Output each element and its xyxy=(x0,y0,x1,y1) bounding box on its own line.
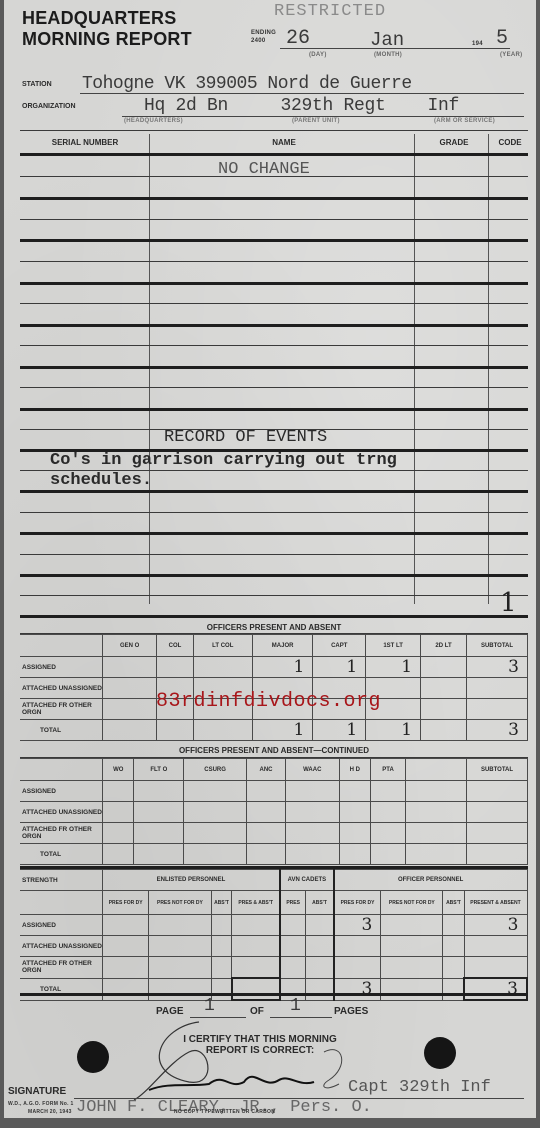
title-line-1: HEADQUARTERS xyxy=(22,8,192,29)
record-of-events-line-1: Co's in garrison carrying out trng xyxy=(50,451,397,470)
cell-boxed: 3 xyxy=(464,978,527,1000)
org-caption-arm: (ARM OR SERVICE) xyxy=(434,118,495,124)
officers-table: GEN O COL LT COL MAJOR CAPT 1ST LT 2D LT… xyxy=(20,634,528,741)
cell: 1 xyxy=(252,720,312,741)
cell xyxy=(103,678,157,699)
morning-report-form: HEADQUARTERS MORNING REPORT RESTRICTED E… xyxy=(4,0,536,1118)
ending-label-1: ENDING xyxy=(251,29,276,37)
cell xyxy=(103,781,134,802)
rule xyxy=(20,366,528,369)
cell: 3 xyxy=(334,915,381,936)
officers-continued-title: OFFICERS PRESENT AND ABSENT—CONTINUED xyxy=(20,746,528,755)
officers-col: 1ST LT xyxy=(366,635,421,657)
year-prefix: 194 xyxy=(472,41,483,47)
cell: 3 xyxy=(464,915,527,936)
officers-continued-col: CSURG xyxy=(184,759,247,781)
signature-label: SIGNATURE xyxy=(8,1086,66,1097)
cell xyxy=(134,823,184,844)
cell-boxed xyxy=(232,978,280,1000)
cell xyxy=(334,957,381,979)
cell xyxy=(211,936,232,957)
rule xyxy=(20,615,528,618)
cell xyxy=(371,802,406,823)
officers-continued-table: WO FLT O CSURG ANC WAAC H D PTA SUBTOTAL… xyxy=(20,758,528,865)
cell xyxy=(232,936,280,957)
strength-col: PRES FOR DY xyxy=(103,891,149,915)
strength-col: ABS'T xyxy=(443,891,464,915)
row-label: ATTACHED FR OTHER ORGN xyxy=(20,699,103,720)
cell xyxy=(103,936,149,957)
cell xyxy=(467,678,528,699)
cell: 1 xyxy=(252,657,312,678)
cell xyxy=(149,915,211,936)
cell xyxy=(371,844,406,865)
cell xyxy=(247,781,286,802)
month-caption: (MONTH) xyxy=(374,52,402,58)
officers-col: LT COL xyxy=(193,635,252,657)
cell xyxy=(406,823,467,844)
cell xyxy=(285,802,339,823)
cell xyxy=(232,957,280,979)
organization-underline xyxy=(122,116,524,117)
year-value: 5 xyxy=(496,27,508,50)
year-caption: (YEAR) xyxy=(500,52,522,58)
row-label: ASSIGNED xyxy=(20,781,103,802)
ending-label: ENDING 2400 xyxy=(251,29,276,45)
cell xyxy=(339,802,370,823)
rule xyxy=(20,153,528,156)
rule xyxy=(20,554,528,555)
cell xyxy=(464,957,527,979)
cell xyxy=(103,957,149,979)
margin-mark: 1 xyxy=(500,588,517,618)
cell xyxy=(193,657,252,678)
rule xyxy=(20,387,528,388)
ending-label-2: 2400 xyxy=(251,37,276,45)
cell xyxy=(157,720,193,741)
cell xyxy=(285,781,339,802)
row-label: ATTACHED FR OTHER ORGN xyxy=(20,957,103,979)
rule xyxy=(20,490,528,493)
rule xyxy=(20,408,528,411)
cell xyxy=(247,823,286,844)
cell xyxy=(467,699,528,720)
station-value: Tohogne VK 399005 Nord de Guerre xyxy=(82,74,412,94)
day-value: 26 xyxy=(286,27,310,50)
cell xyxy=(103,657,157,678)
strength-label: STRENGTH xyxy=(20,870,103,891)
officers-continued-col: H D xyxy=(339,759,370,781)
officers-continued-col: PTA xyxy=(371,759,406,781)
cell xyxy=(406,781,467,802)
cell: 3 xyxy=(467,657,528,678)
officers-continued-col: SUBTOTAL xyxy=(467,759,528,781)
cell xyxy=(339,781,370,802)
month-value: Jan xyxy=(370,29,404,51)
organization-value: Hq 2d Bn 329th Regt Inf xyxy=(144,96,459,116)
cell: 3 xyxy=(334,978,381,1000)
cell xyxy=(443,978,464,1000)
officers-col: SUBTOTAL xyxy=(467,635,528,657)
cell xyxy=(381,936,443,957)
cell xyxy=(149,978,211,1000)
col-serial-number: SERIAL NUMBER xyxy=(30,138,140,147)
title-line-2: MORNING REPORT xyxy=(22,29,192,50)
row-label: ATTACHED UNASSIGNED xyxy=(20,678,103,699)
rule xyxy=(20,239,528,242)
rule xyxy=(20,324,528,327)
cell xyxy=(134,781,184,802)
cell xyxy=(464,936,527,957)
officers-continued-corner xyxy=(20,759,103,781)
row-label: ATTACHED FR OTHER ORGN xyxy=(20,823,103,844)
cell xyxy=(103,978,149,1000)
rule xyxy=(20,130,528,131)
cell xyxy=(467,844,528,865)
row-label: ASSIGNED xyxy=(20,915,103,936)
rule xyxy=(20,282,528,285)
watermark: 83rdinfdivdocs.org xyxy=(156,690,381,713)
strength-col: PRESENT & ABSENT xyxy=(464,891,527,915)
row-label: TOTAL xyxy=(20,720,103,741)
day-caption: (DAY) xyxy=(309,52,327,58)
strength-corner xyxy=(20,891,103,915)
record-of-events-title: RECORD OF EVENTS xyxy=(164,428,327,447)
strength-col: PRES NOT FOR DY xyxy=(149,891,211,915)
strength-group-officer: OFFICER PERSONNEL xyxy=(334,870,527,891)
cell xyxy=(103,915,149,936)
cell xyxy=(157,657,193,678)
strength-group-enlisted: ENLISTED PERSONNEL xyxy=(103,870,280,891)
cell xyxy=(467,823,528,844)
form-note-3: NO COPY TYPEWRITTEN OR CARBON xyxy=(174,1109,275,1115)
org-caption-hq: (HEADQUARTERS) xyxy=(124,118,183,124)
col-name: NAME xyxy=(154,138,414,147)
cell: 1 xyxy=(313,720,366,741)
cell xyxy=(443,936,464,957)
row-label: ASSIGNED xyxy=(20,657,103,678)
officers-col: 2D LT xyxy=(421,635,467,657)
cell xyxy=(467,781,528,802)
rule xyxy=(20,261,528,262)
row-label: TOTAL xyxy=(20,978,103,1000)
cell xyxy=(280,957,306,979)
punch-hole-left xyxy=(77,1041,109,1073)
cell xyxy=(285,844,339,865)
cell xyxy=(134,802,184,823)
signer-title: Capt 329th Inf xyxy=(348,1078,491,1097)
cell xyxy=(339,823,370,844)
cell xyxy=(103,720,157,741)
col-grade: GRADE xyxy=(418,138,490,147)
signature-scribble xyxy=(129,1012,359,1102)
cell xyxy=(184,823,247,844)
cell xyxy=(184,802,247,823)
officers-corner xyxy=(20,635,103,657)
cell xyxy=(134,844,184,865)
cell: 1 xyxy=(313,657,366,678)
cell xyxy=(103,699,157,720)
officers-col: MAJOR xyxy=(252,635,312,657)
rule xyxy=(20,532,528,535)
strength-col: PRES xyxy=(280,891,306,915)
rule xyxy=(20,574,528,577)
cell xyxy=(334,936,381,957)
rule xyxy=(20,345,528,346)
cell xyxy=(184,781,247,802)
officers-title: OFFICERS PRESENT AND ABSENT xyxy=(20,623,528,632)
cell xyxy=(381,915,443,936)
rule xyxy=(20,303,528,304)
officers-continued-col: WAAC xyxy=(285,759,339,781)
cell xyxy=(193,720,252,741)
col-code: CODE xyxy=(490,138,530,147)
station-label: STATION xyxy=(22,81,52,88)
strength-table: STRENGTH ENLISTED PERSONNEL AVN CADETS O… xyxy=(20,869,528,1001)
cell xyxy=(103,844,134,865)
cell: 3 xyxy=(467,720,528,741)
cell xyxy=(371,781,406,802)
cell xyxy=(406,802,467,823)
strength-col: ABS'T xyxy=(306,891,334,915)
officers-continued-col xyxy=(406,759,467,781)
form-title: HEADQUARTERS MORNING REPORT xyxy=(22,8,192,50)
strength-col: PRES & ABS'T xyxy=(232,891,280,915)
cell xyxy=(421,657,467,678)
cell xyxy=(306,915,334,936)
officers-col: GEN O xyxy=(103,635,157,657)
cell xyxy=(211,915,232,936)
rule xyxy=(20,197,528,200)
strength-col: PRES NOT FOR DY xyxy=(381,891,443,915)
org-caption-parent: (PARENT UNIT) xyxy=(292,118,340,124)
cell xyxy=(406,844,467,865)
cell xyxy=(280,936,306,957)
cell xyxy=(371,823,406,844)
cell xyxy=(103,802,134,823)
roster-entry: NO CHANGE xyxy=(218,160,310,179)
form-note-1: W.D., A.G.O. FORM No. 1 xyxy=(8,1101,74,1107)
cell xyxy=(421,720,467,741)
officers-continued-col: ANC xyxy=(247,759,286,781)
cell xyxy=(211,957,232,979)
officers-col: CAPT xyxy=(313,635,366,657)
strength-group-avn-cadets: AVN CADETS xyxy=(280,870,334,891)
officers-continued-col: FLT O xyxy=(134,759,184,781)
cell xyxy=(247,802,286,823)
officers-col: COL xyxy=(157,635,193,657)
cell xyxy=(443,957,464,979)
rule xyxy=(20,595,528,596)
cell xyxy=(467,802,528,823)
cell xyxy=(103,823,134,844)
cell xyxy=(306,978,334,1000)
cell xyxy=(280,915,306,936)
cell xyxy=(381,978,443,1000)
rule xyxy=(20,993,528,996)
strength-col: PRES FOR DY xyxy=(334,891,381,915)
cell xyxy=(339,844,370,865)
cell xyxy=(381,957,443,979)
form-note-2: MARCH 20, 1943 xyxy=(28,1109,72,1115)
cell xyxy=(149,957,211,979)
row-label: ATTACHED UNASSIGNED xyxy=(20,936,103,957)
rule xyxy=(20,512,528,513)
organization-label: ORGANIZATION xyxy=(22,103,76,110)
cell xyxy=(306,957,334,979)
strength-col: ABS'T xyxy=(211,891,232,915)
cell: 1 xyxy=(366,657,421,678)
cell xyxy=(306,936,334,957)
classification-stamp: RESTRICTED xyxy=(274,2,386,21)
cell xyxy=(443,915,464,936)
cell xyxy=(421,699,467,720)
cell: 1 xyxy=(366,720,421,741)
punch-hole-right xyxy=(424,1037,456,1069)
cell xyxy=(421,678,467,699)
row-label: ATTACHED UNASSIGNED xyxy=(20,802,103,823)
row-label: TOTAL xyxy=(20,844,103,865)
cell xyxy=(285,823,339,844)
record-of-events-line-2: schedules. xyxy=(50,471,152,490)
cell xyxy=(149,936,211,957)
cell xyxy=(247,844,286,865)
rule xyxy=(20,219,528,220)
cell xyxy=(184,844,247,865)
cell xyxy=(232,915,280,936)
officers-continued-col: WO xyxy=(103,759,134,781)
